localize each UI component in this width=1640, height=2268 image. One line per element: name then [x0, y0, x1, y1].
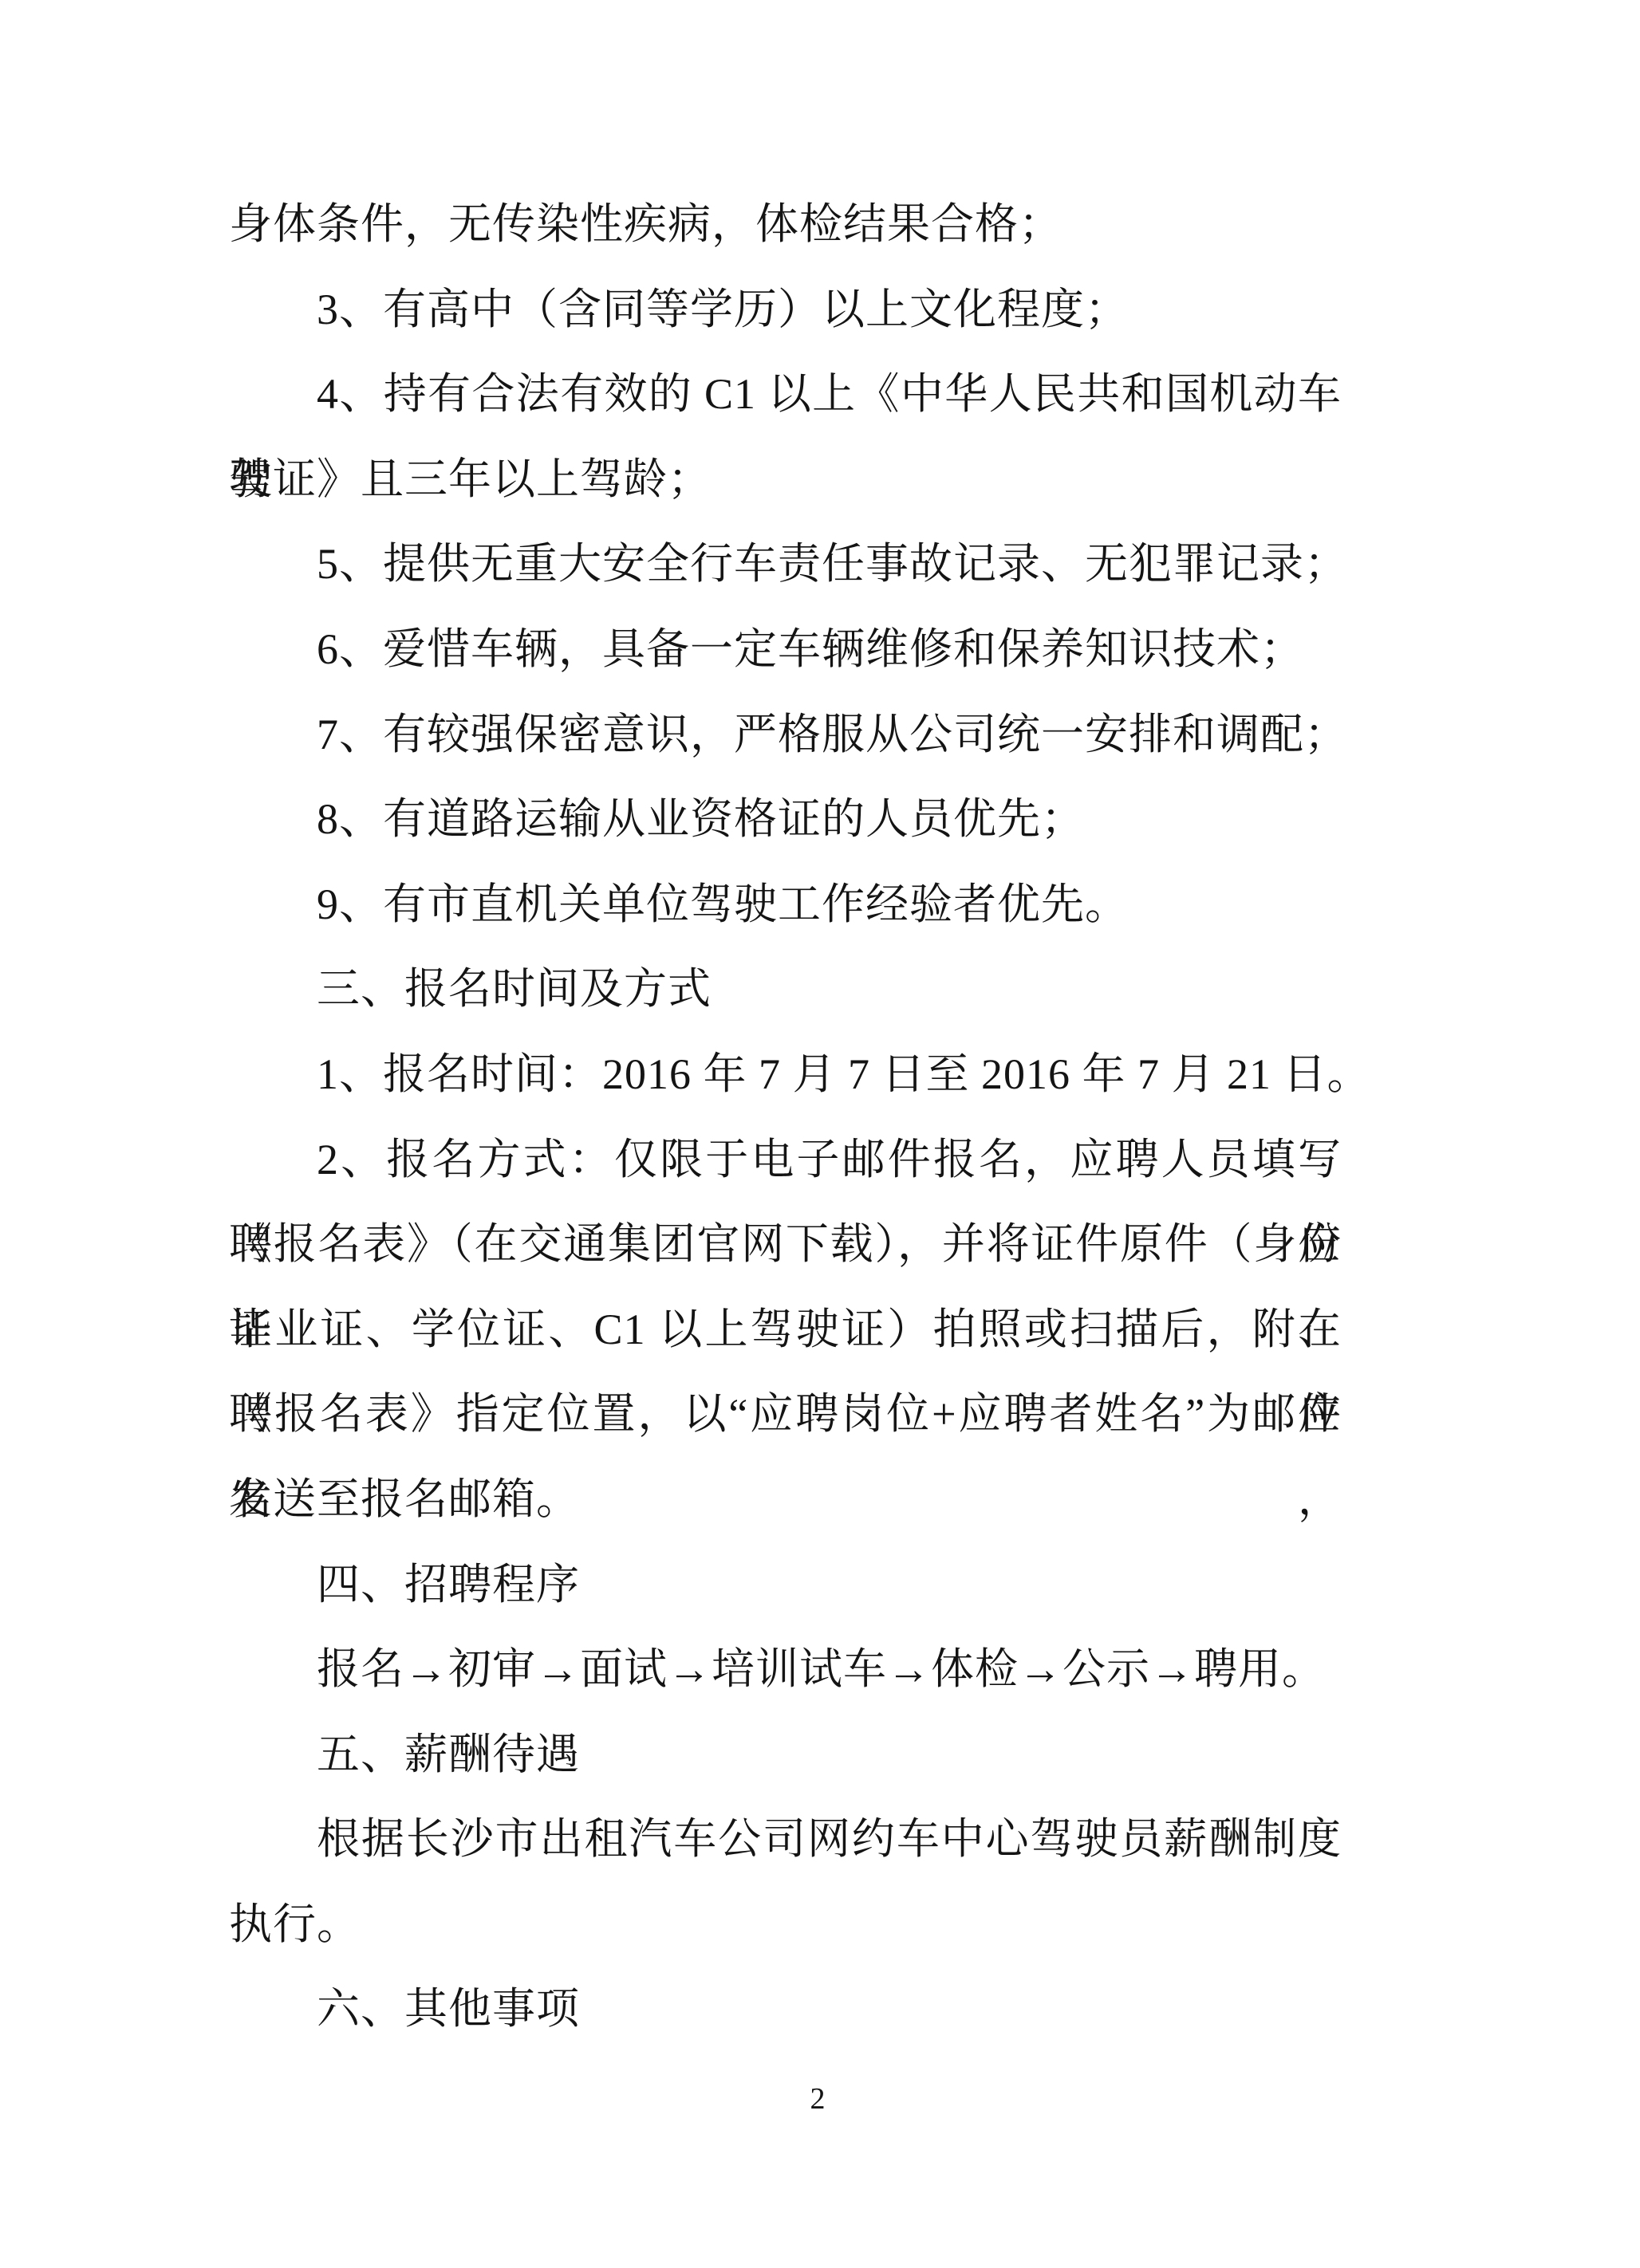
text-line: 聘报名表》指定位置，以“应聘岗位+应聘者姓名”为邮件名，: [229, 1372, 1342, 1457]
text-line: 根据长沙市出租汽车公司网约车中心驾驶员薪酬制度: [229, 1797, 1342, 1882]
text-line: 驶证》且三年以上驾龄；: [229, 437, 1342, 522]
scanned-document-page: 身体条件，无传染性疾病，体检结果合格；3、有高中（含同等学历）以上文化程度；4、…: [0, 0, 1640, 2268]
text-line: 五、薪酬待遇: [229, 1712, 1342, 1797]
text-line: 聘报名表》（在交通集团官网下载），并将证件原件（身份证、: [229, 1202, 1342, 1287]
page-number: 2: [786, 2080, 850, 2118]
text-line: 3、有高中（含同等学历）以上文化程度；: [229, 267, 1342, 352]
text-line: 9、有市直机关单位驾驶工作经验者优先。: [229, 862, 1342, 947]
text-line: 报名→初审→面试→培训试车→体检→公示→聘用。: [229, 1627, 1342, 1712]
text-line: 三、报名时间及方式: [229, 947, 1342, 1032]
text-line: 六、其他事项: [229, 1967, 1342, 2052]
text-line: 四、招聘程序: [229, 1542, 1342, 1628]
text-line: 毕业证、学位证、C1 以上驾驶证）拍照或扫描后，附在《应: [229, 1287, 1342, 1372]
text-line: 1、报名时间：2016 年 7 月 7 日至 2016 年 7 月 21 日。: [229, 1032, 1342, 1117]
text-line: 执行。: [229, 1882, 1342, 1967]
document-text-block: 身体条件，无传染性疾病，体检结果合格；3、有高中（含同等学历）以上文化程度；4、…: [229, 182, 1342, 2052]
text-line: 4、持有合法有效的 C1 以上《中华人民共和国机动车驾: [229, 352, 1342, 437]
text-line: 7、有较强保密意识，严格服从公司统一安排和调配；: [229, 692, 1342, 778]
text-line: 5、提供无重大安全行车责任事故记录、无犯罪记录；: [229, 522, 1342, 607]
text-line: 2、报名方式：仅限于电子邮件报名，应聘人员填写《应: [229, 1117, 1342, 1203]
text-line: 6、爱惜车辆，具备一定车辆维修和保养知识技术；: [229, 607, 1342, 692]
text-line: 8、有道路运输从业资格证的人员优先；: [229, 777, 1342, 862]
text-line: 身体条件，无传染性疾病，体检结果合格；: [229, 182, 1342, 267]
